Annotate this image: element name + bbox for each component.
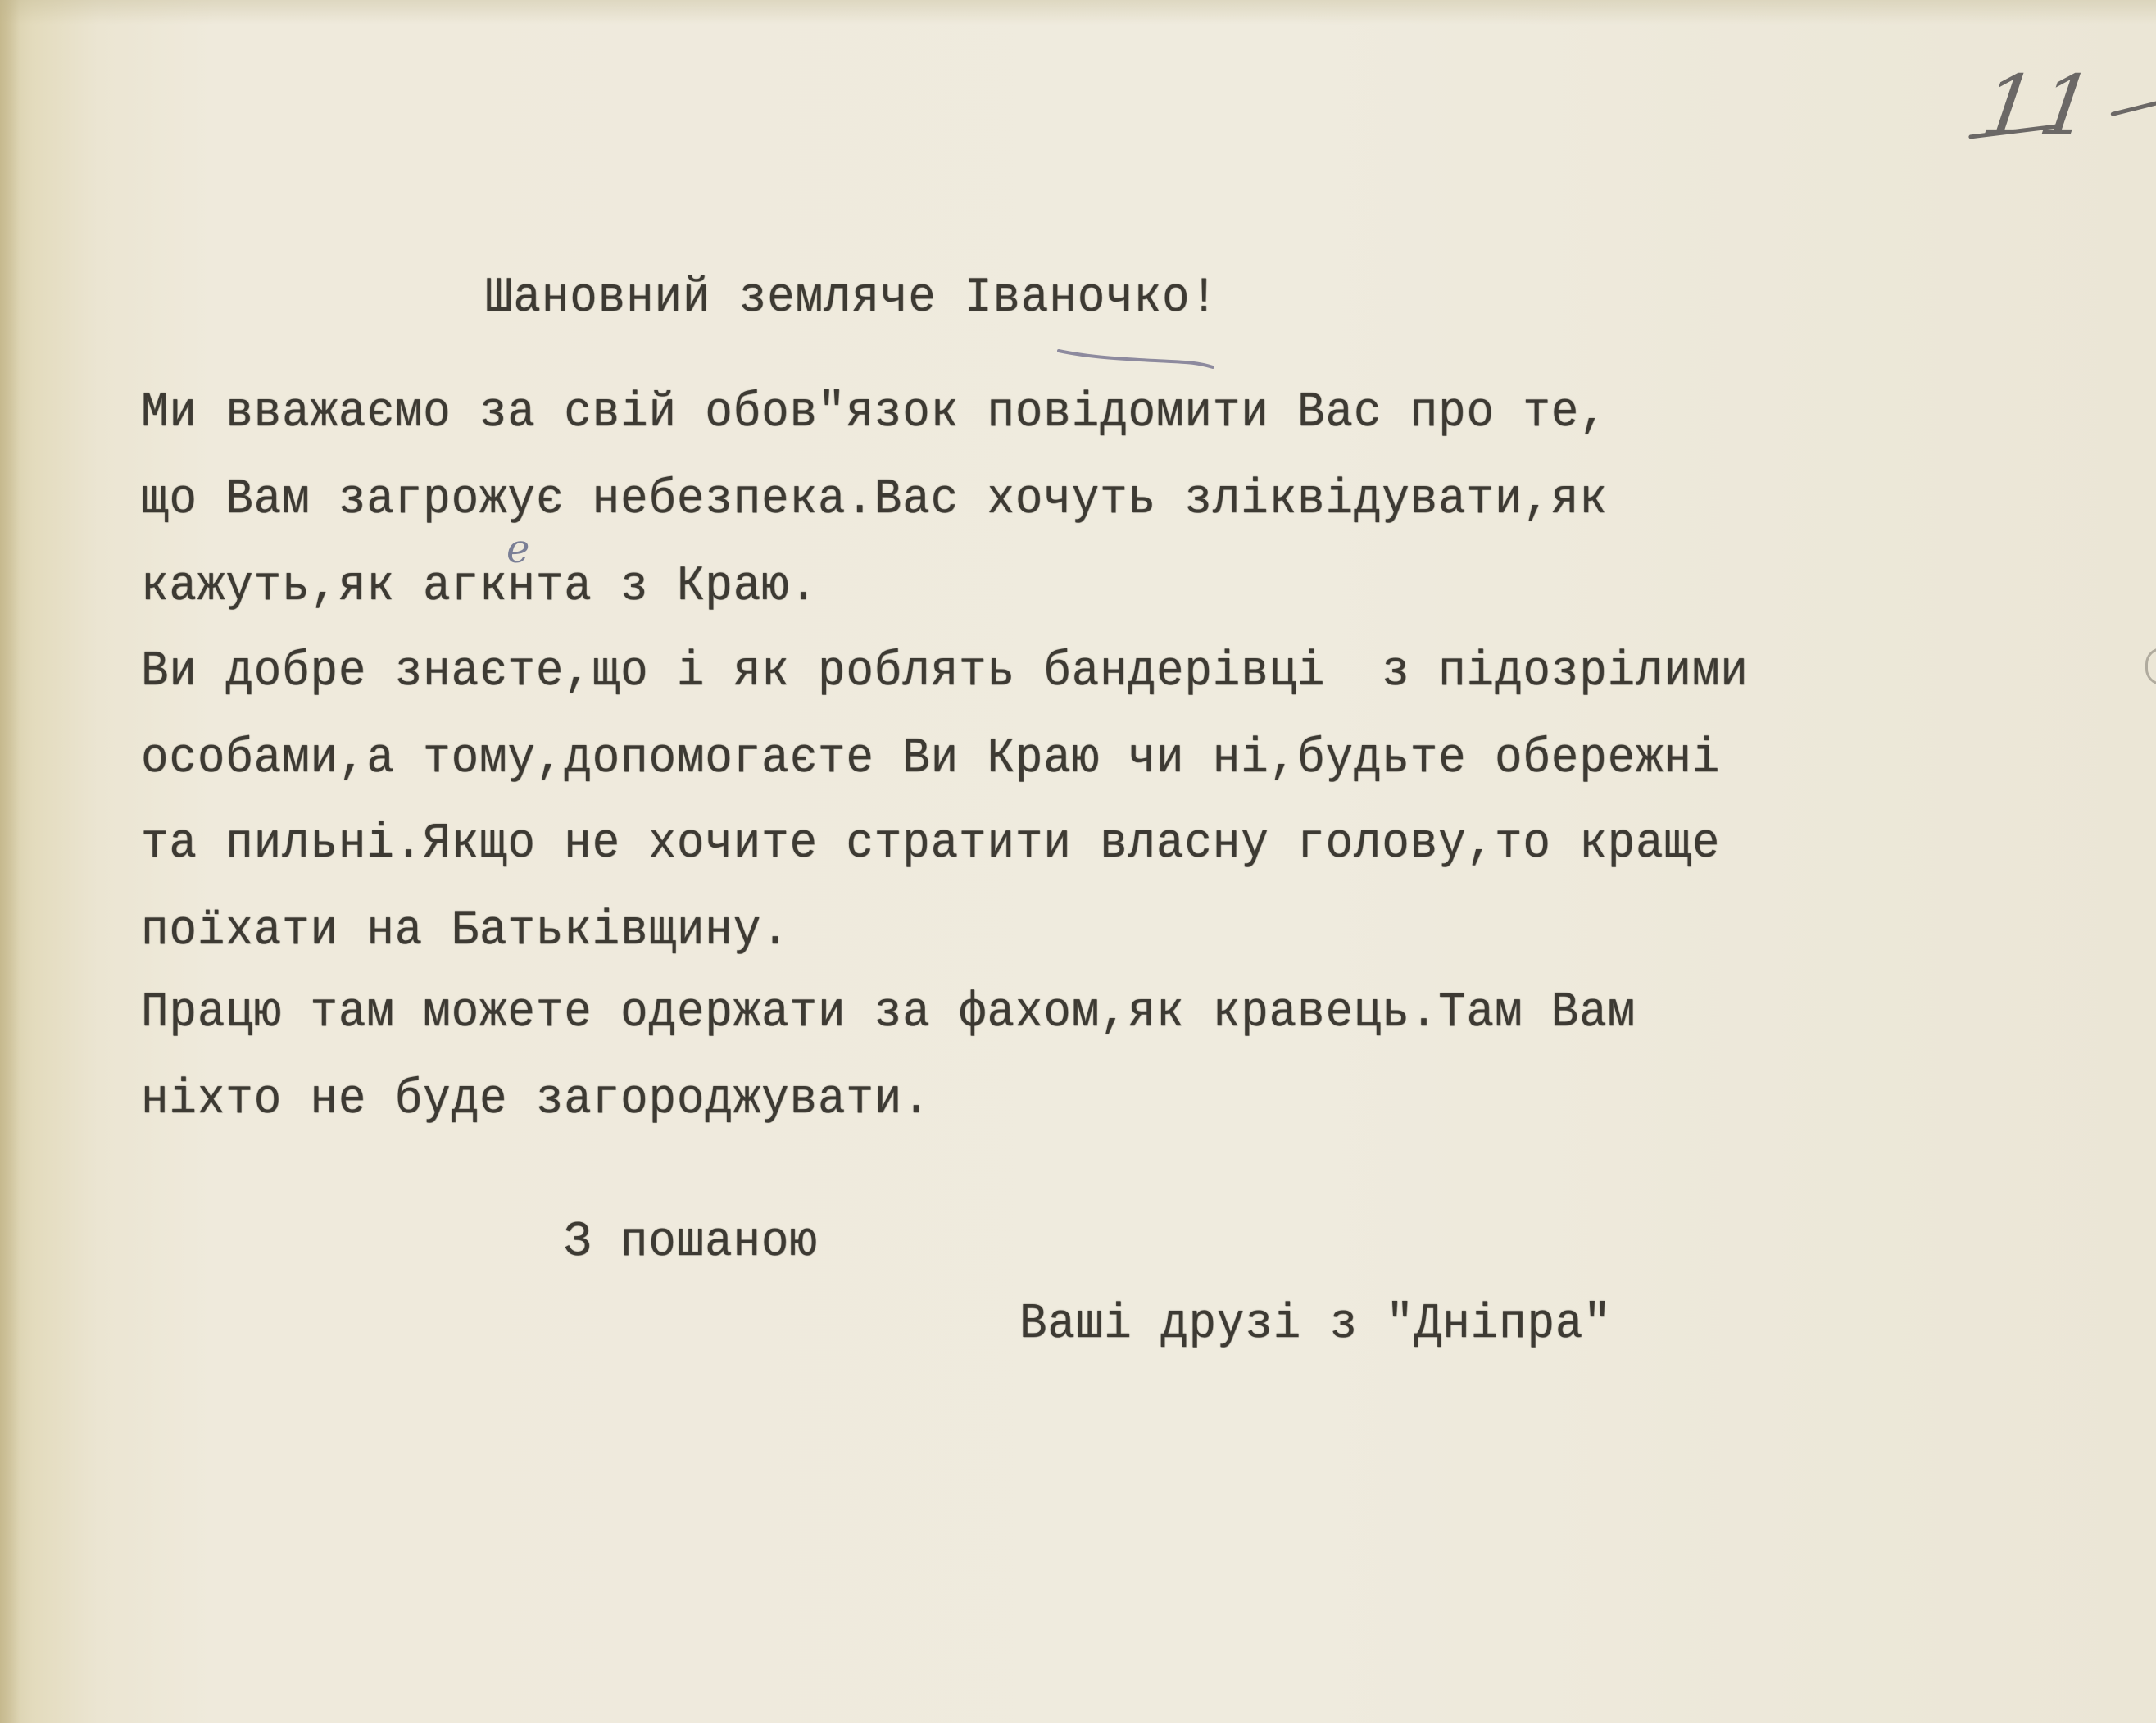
body-line: кажуть,як агкнта з Краю. xyxy=(141,562,818,611)
greeting: Шановний земляче Іваночко! xyxy=(485,274,1219,323)
body-line: поїхати на Батьківщину. xyxy=(141,907,790,956)
pencil-underline xyxy=(1057,343,1214,375)
body-line: Працю там можете одержати за фахом,як кр… xyxy=(141,989,1636,1038)
page-number: 11 xyxy=(1977,57,2104,153)
body-line: Ми вважаємо за свій обов"язок повідомити… xyxy=(141,389,1608,438)
body-line: ніхто не буде загороджувати. xyxy=(141,1075,931,1125)
signature: Ваші друзі з "Дніпра" xyxy=(1019,1300,1612,1349)
body-line: Ви добре знаєте,що і як роблять бандерів… xyxy=(141,648,1749,697)
body-line: особами,а тому,допомогаєте Ви Краю чи ні… xyxy=(141,734,1720,784)
body-line: та пильні.Якщо не хочите стратити власну… xyxy=(141,820,1720,869)
body-line: що Вам загрожує небезпека.Вас хочуть злі… xyxy=(141,475,1608,525)
closing: З пошаною xyxy=(564,1218,818,1267)
